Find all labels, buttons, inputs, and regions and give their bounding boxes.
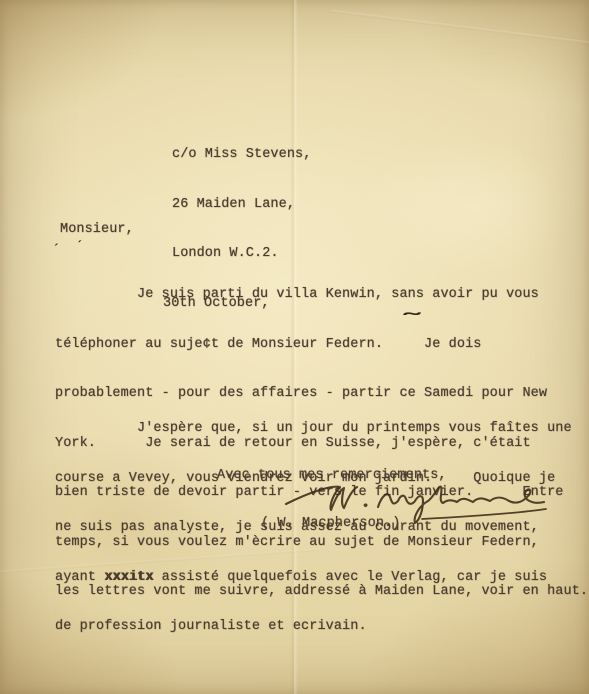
diagonal-crease-top	[331, 10, 589, 50]
body-line-with-strikeout: ayant xxxitx assisté quelquefois avec le…	[55, 570, 572, 587]
address-line-1: c/o Miss Stevens,	[172, 147, 311, 164]
signature-stroke-w	[286, 487, 357, 510]
salutation: Monsieur,	[60, 222, 134, 239]
address-line-2: 26 Maiden Lane,	[172, 197, 311, 214]
body-line: J'espère que, si un jour du printemps vo…	[55, 421, 572, 438]
struck-out-word: xxxitx	[104, 570, 153, 585]
body-line: de profession journaliste et ecrivain.	[55, 619, 572, 636]
body-line-segment: assisté quelquefois avec le Verlag, car …	[153, 570, 547, 585]
signature-underline	[422, 509, 546, 519]
body-line: téléphoner au suje¢t de Monsieur Federn.…	[55, 337, 588, 354]
letter-page: c/o Miss Stevens, 26 Maiden Lane, London…	[0, 0, 589, 694]
typed-signature-name: ( W. Macpherson.)	[261, 516, 400, 533]
body-line-segment: ayant	[55, 570, 104, 585]
signature-dot	[365, 505, 366, 506]
body-line: Je suis parti du villa Kenwin, sans avoi…	[55, 287, 588, 304]
